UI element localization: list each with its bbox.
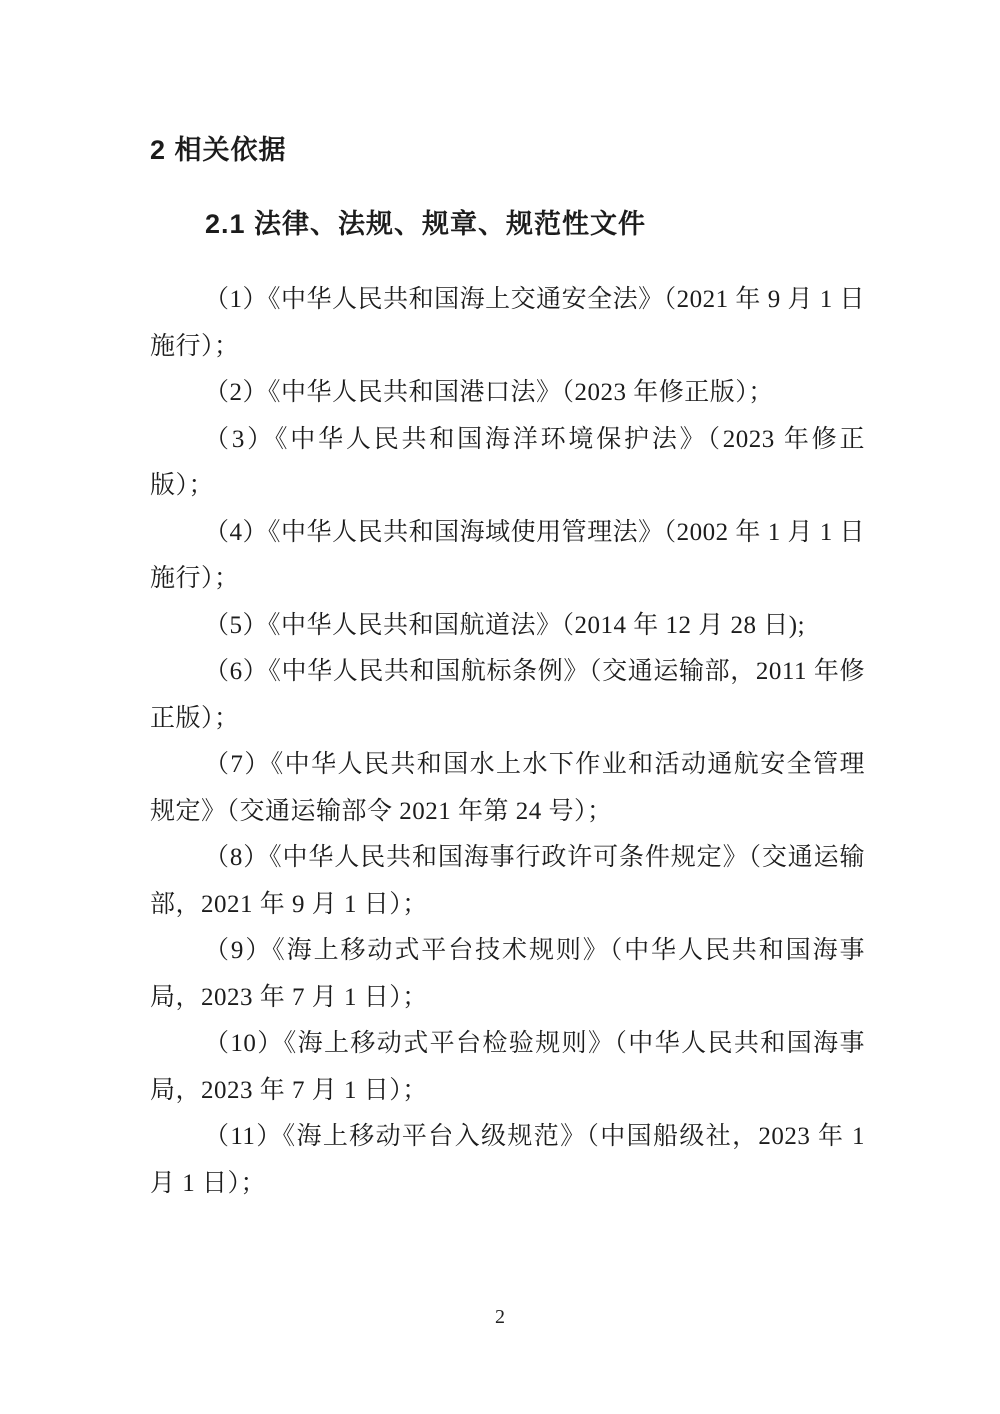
list-item-3: （3）《中华人民共和国海洋环境保护法》（2023 年修正版）； bbox=[150, 417, 865, 510]
list-item-4: （4）《中华人民共和国海域使用管理法》（2002 年 1 月 1 日施行）； bbox=[150, 510, 865, 603]
list-item-6: （6）《中华人民共和国航标条例》（交通运输部，2011 年修正版）； bbox=[150, 649, 865, 742]
list-item-11: （11）《海上移动平台入级规范》（中国船级社，2023 年 1 月 1 日）； bbox=[150, 1114, 865, 1207]
section-heading: 2 相关依据 bbox=[150, 133, 865, 167]
list-item-9: （9）《海上移动式平台技术规则》（中华人民共和国海事局，2023 年 7 月 1… bbox=[150, 928, 865, 1021]
reference-list: （1）《中华人民共和国海上交通安全法》（2021 年 9 月 1 日施行）； （… bbox=[150, 277, 865, 1207]
page-number: 2 bbox=[0, 1305, 1000, 1329]
list-item-1: （1）《中华人民共和国海上交通安全法》（2021 年 9 月 1 日施行）； bbox=[150, 277, 865, 370]
list-item-7: （7）《中华人民共和国水上水下作业和活动通航安全管理规定》（交通运输部令 202… bbox=[150, 742, 865, 835]
document-page: 2 相关依据 2.1 法律、法规、规章、规范性文件 （1）《中华人民共和国海上交… bbox=[0, 0, 1000, 1414]
list-item-10: （10）《海上移动式平台检验规则》（中华人民共和国海事局，2023 年 7 月 … bbox=[150, 1021, 865, 1114]
list-item-8: （8）《中华人民共和国海事行政许可条件规定》（交通运输部，2021 年 9 月 … bbox=[150, 835, 865, 928]
list-item-2: （2）《中华人民共和国港口法》（2023 年修正版）； bbox=[150, 370, 865, 417]
list-item-5: （5）《中华人民共和国航道法》（2014 年 12 月 28 日); bbox=[150, 603, 865, 650]
subsection-heading: 2.1 法律、法规、规章、规范性文件 bbox=[205, 207, 865, 241]
document-content: 2 相关依据 2.1 法律、法规、规章、规范性文件 （1）《中华人民共和国海上交… bbox=[150, 133, 865, 1207]
